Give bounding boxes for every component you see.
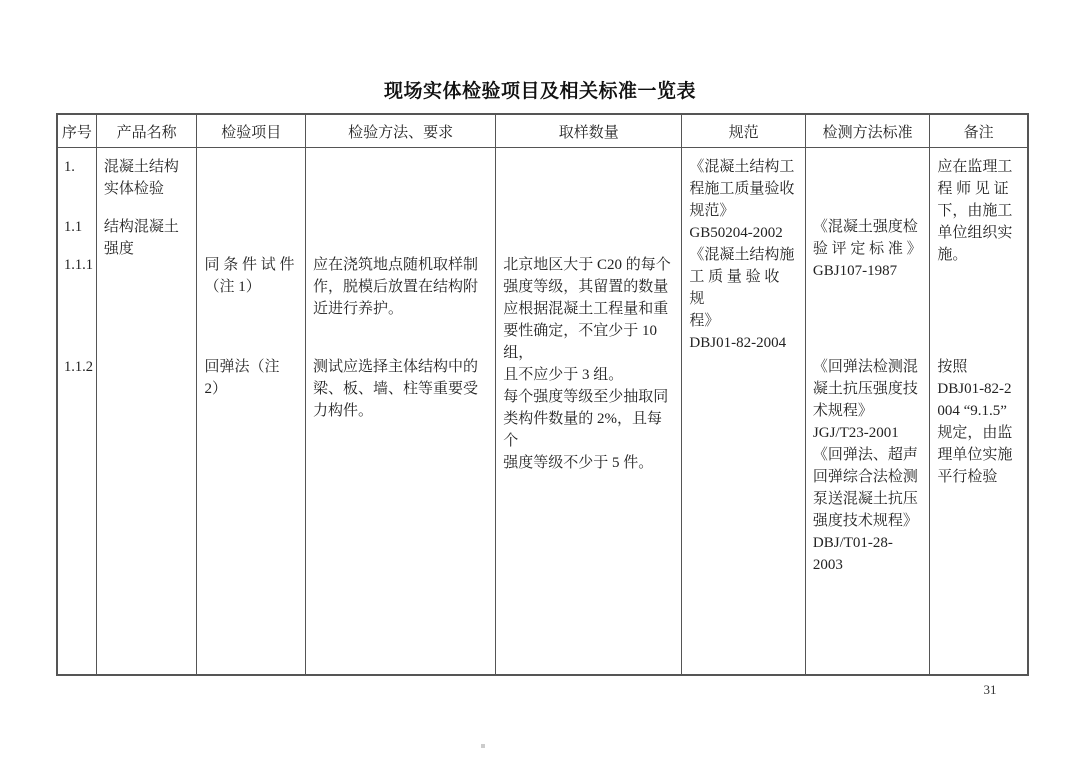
seq-1-1-2: 1.1.2: [64, 356, 89, 378]
column-header-item: 检验项目: [197, 115, 306, 147]
page-number: 31: [960, 682, 1020, 698]
column-header-sampling: 取样数量: [496, 115, 682, 147]
spec-text: 《混凝土结构工 程施工质量验收 规范》 GB50204-2002 《混凝土结构施…: [689, 156, 797, 354]
standard-rebound: 《回弹法检测混 凝土抗压强度技 术规程》 JGJ/T23-2001 《回弹法、超…: [813, 356, 922, 576]
column-header-seq: 序号: [58, 115, 97, 147]
table-body-row: 1. 1.1 1.1.1 1.1.2 混凝土结构 实体检验 结构混凝土 强度 同…: [58, 148, 1027, 674]
standard-strength-eval: 《混凝土强度检 验 评 定 标 准 》 GBJ107-1987: [813, 216, 922, 282]
column-header-standard: 检测方法标准: [806, 115, 930, 147]
method-rebound-text: 测试应选择主体结构中的 梁、板、墙、柱等重要受 力构件。: [313, 356, 488, 422]
sampling-text: 北京地区大于 C20 的每个 强度等级，其留置的数量 应根据混凝土工程量和重 要…: [503, 254, 674, 474]
cell-remark: 应在监理工 程 师 见 证 下，由施工 单位组织实 施。 按照 DBJ01-82…: [930, 148, 1027, 674]
item-same-condition-specimen: 同 条 件 试 件 （注 1）: [204, 254, 298, 298]
inspection-standards-table: 序号 产品名称 检验项目 检验方法、要求 取样数量 规范 检测方法标准 备注 1…: [56, 113, 1029, 676]
cell-sampling-quantity: 北京地区大于 C20 的每个 强度等级，其留置的数量 应根据混凝土工程量和重 要…: [496, 148, 682, 674]
column-header-remark: 备注: [930, 115, 1027, 147]
product-sub: 结构混凝土 强度: [104, 216, 190, 260]
product-main: 混凝土结构 实体检验: [104, 156, 190, 200]
column-header-product: 产品名称: [97, 115, 198, 147]
page-title: 现场实体检验项目及相关标准一览表: [0, 76, 1080, 103]
cell-inspection-method: 应在浇筑地点随机取样制 作，脱模后放置在结构附 近进行养护。 测试应选择主体结构…: [306, 148, 496, 674]
cell-test-method-standard: 《混凝土强度检 验 评 定 标 准 》 GBJ107-1987 《回弹法检测混 …: [806, 148, 930, 674]
table-header-row: 序号 产品名称 检验项目 检验方法、要求 取样数量 规范 检测方法标准 备注: [58, 115, 1027, 148]
seq-1: 1.: [64, 156, 89, 178]
stray-dot: [481, 744, 485, 748]
cell-inspection-item: 同 条 件 试 件 （注 1） 回弹法（注 2）: [197, 148, 306, 674]
remark-supervision: 应在监理工 程 师 见 证 下，由施工 单位组织实 施。: [937, 156, 1020, 266]
seq-1-1: 1.1: [64, 216, 89, 238]
remark-parallel-check: 按照 DBJ01-82-2 004 “9.1.5” 规定，由监 理单位实施 平行…: [937, 356, 1020, 488]
cell-product-name: 混凝土结构 实体检验 结构混凝土 强度: [97, 148, 198, 674]
method-specimen-text: 应在浇筑地点随机取样制 作，脱模后放置在结构附 近进行养护。: [313, 254, 488, 320]
seq-1-1-1: 1.1.1: [64, 254, 89, 276]
column-header-method: 检验方法、要求: [306, 115, 496, 147]
column-header-spec: 规范: [682, 115, 805, 147]
cell-seq: 1. 1.1 1.1.1 1.1.2: [58, 148, 97, 674]
cell-specification: 《混凝土结构工 程施工质量验收 规范》 GB50204-2002 《混凝土结构施…: [682, 148, 805, 674]
item-rebound-method: 回弹法（注 2）: [204, 356, 298, 400]
